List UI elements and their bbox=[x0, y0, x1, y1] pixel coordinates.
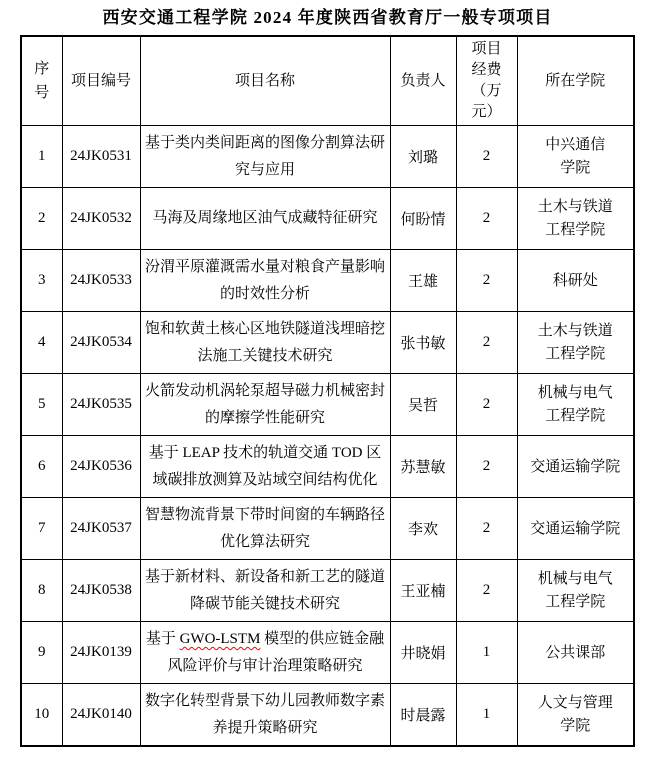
cell-project-name: 饱和软黄土核心区地铁隧道浅埋暗挖法施工关键技术研究 bbox=[140, 312, 390, 374]
cell-leader: 苏慧敏 bbox=[390, 436, 456, 498]
cell-project-name: 基于 LEAP 技术的轨道交通 TOD 区域碳排放测算及站域空间结构优化 bbox=[140, 436, 390, 498]
cell-project-code: 24JK0537 bbox=[62, 498, 140, 560]
cell-leader: 时晨露 bbox=[390, 684, 456, 747]
table-row: 2 24JK0532 马海及周缘地区油气成藏特征研究 何盼情 2 土木与铁道 工… bbox=[21, 188, 634, 250]
cell-college: 土木与铁道 工程学院 bbox=[517, 312, 634, 374]
cell-project-code: 24JK0531 bbox=[62, 126, 140, 188]
header-fund-label: 项目经费（万元） bbox=[471, 39, 503, 123]
cell-serial-number: 9 bbox=[21, 622, 62, 684]
cell-project-name: 汾渭平原灌溉需水量对粮食产量影响的时效性分析 bbox=[140, 250, 390, 312]
cell-project-code: 24JK0535 bbox=[62, 374, 140, 436]
header-project-code: 项目编号 bbox=[62, 36, 140, 126]
table-row: 3 24JK0533 汾渭平原灌溉需水量对粮食产量影响的时效性分析 王雄 2 科… bbox=[21, 250, 634, 312]
cell-fund: 2 bbox=[456, 498, 517, 560]
cell-college: 交通运输学院 bbox=[517, 436, 634, 498]
header-row: 序号 项目编号 项目名称 负责人 项目经费（万元） 所在学院 bbox=[21, 36, 634, 126]
cell-project-code: 24JK0139 bbox=[62, 622, 140, 684]
table-body: 1 24JK0531 基于类内类间距离的图像分割算法研究与应用 刘璐 2 中兴通… bbox=[21, 126, 634, 747]
cell-college: 机械与电气 工程学院 bbox=[517, 374, 634, 436]
cell-project-code: 24JK0538 bbox=[62, 560, 140, 622]
header-leader: 负责人 bbox=[390, 36, 456, 126]
table-row: 4 24JK0534 饱和软黄土核心区地铁隧道浅埋暗挖法施工关键技术研究 张书敏… bbox=[21, 312, 634, 374]
table-row: 6 24JK0536 基于 LEAP 技术的轨道交通 TOD 区域碳排放测算及站… bbox=[21, 436, 634, 498]
table-row: 5 24JK0535 火箭发动机涡轮泵超导磁力机械密封的摩擦学性能研究 吴哲 2… bbox=[21, 374, 634, 436]
cell-serial-number: 1 bbox=[21, 126, 62, 188]
cell-serial-number: 8 bbox=[21, 560, 62, 622]
cell-project-name: 火箭发动机涡轮泵超导磁力机械密封的摩擦学性能研究 bbox=[140, 374, 390, 436]
cell-college: 土木与铁道 工程学院 bbox=[517, 188, 634, 250]
header-serial-number: 序号 bbox=[21, 36, 62, 126]
cell-fund: 2 bbox=[456, 126, 517, 188]
cell-serial-number: 4 bbox=[21, 312, 62, 374]
cell-leader: 李欢 bbox=[390, 498, 456, 560]
cell-project-name: 基于类内类间距离的图像分割算法研究与应用 bbox=[140, 126, 390, 188]
cell-college: 公共课部 bbox=[517, 622, 634, 684]
cell-fund: 2 bbox=[456, 560, 517, 622]
table-row: 1 24JK0531 基于类内类间距离的图像分割算法研究与应用 刘璐 2 中兴通… bbox=[21, 126, 634, 188]
cell-serial-number: 7 bbox=[21, 498, 62, 560]
cell-project-code: 24JK0534 bbox=[62, 312, 140, 374]
cell-fund: 1 bbox=[456, 684, 517, 747]
cell-leader: 何盼情 bbox=[390, 188, 456, 250]
cell-project-name: 基于 GWO-LSTM 模型的供应链金融风险评价与审计治理策略研究 bbox=[140, 622, 390, 684]
header-project-name: 项目名称 bbox=[140, 36, 390, 126]
table-row: 9 24JK0139 基于 GWO-LSTM 模型的供应链金融风险评价与审计治理… bbox=[21, 622, 634, 684]
cell-college: 科研处 bbox=[517, 250, 634, 312]
cell-fund: 2 bbox=[456, 312, 517, 374]
cell-leader: 王亚楠 bbox=[390, 560, 456, 622]
cell-serial-number: 10 bbox=[21, 684, 62, 747]
cell-project-code: 24JK0140 bbox=[62, 684, 140, 747]
cell-leader: 吴哲 bbox=[390, 374, 456, 436]
page-title: 西安交通工程学院 2024 年度陕西省教育厅一般专项项目 bbox=[0, 0, 655, 35]
cell-college: 中兴通信 学院 bbox=[517, 126, 634, 188]
cell-serial-number: 2 bbox=[21, 188, 62, 250]
cell-fund: 1 bbox=[456, 622, 517, 684]
cell-fund: 2 bbox=[456, 436, 517, 498]
cell-project-code: 24JK0536 bbox=[62, 436, 140, 498]
cell-leader: 井晓娟 bbox=[390, 622, 456, 684]
cell-college: 人文与管理 学院 bbox=[517, 684, 634, 747]
cell-leader: 王雄 bbox=[390, 250, 456, 312]
cell-college: 机械与电气 工程学院 bbox=[517, 560, 634, 622]
table-row: 10 24JK0140 数字化转型背景下幼儿园教师数字素养提升策略研究 时晨露 … bbox=[21, 684, 634, 747]
document-page: 西安交通工程学院 2024 年度陕西省教育厅一般专项项目 序号 项目编号 项目名… bbox=[0, 0, 655, 767]
cell-project-code: 24JK0532 bbox=[62, 188, 140, 250]
cell-college: 交通运输学院 bbox=[517, 498, 634, 560]
cell-fund: 2 bbox=[456, 250, 517, 312]
cell-fund: 2 bbox=[456, 188, 517, 250]
cell-serial-number: 6 bbox=[21, 436, 62, 498]
cell-serial-number: 5 bbox=[21, 374, 62, 436]
header-college: 所在学院 bbox=[517, 36, 634, 126]
cell-project-code: 24JK0533 bbox=[62, 250, 140, 312]
cell-project-name: 智慧物流背景下带时间窗的车辆路径优化算法研究 bbox=[140, 498, 390, 560]
cell-project-name: 基于新材料、新设备和新工艺的隧道降碳节能关键技术研究 bbox=[140, 560, 390, 622]
projects-table: 序号 项目编号 项目名称 负责人 项目经费（万元） 所在学院 1 24JK053… bbox=[20, 35, 635, 747]
cell-serial-number: 3 bbox=[21, 250, 62, 312]
cell-project-name: 数字化转型背景下幼儿园教师数字素养提升策略研究 bbox=[140, 684, 390, 747]
table-row: 8 24JK0538 基于新材料、新设备和新工艺的隧道降碳节能关键技术研究 王亚… bbox=[21, 560, 634, 622]
cell-leader: 刘璐 bbox=[390, 126, 456, 188]
cell-leader: 张书敏 bbox=[390, 312, 456, 374]
spellcheck-underline: GWO-LSTM bbox=[180, 631, 261, 647]
cell-fund: 2 bbox=[456, 374, 517, 436]
header-fund: 项目经费（万元） bbox=[456, 36, 517, 126]
header-serial-number-label: 序号 bbox=[34, 57, 50, 105]
cell-project-name: 马海及周缘地区油气成藏特征研究 bbox=[140, 188, 390, 250]
table-row: 7 24JK0537 智慧物流背景下带时间窗的车辆路径优化算法研究 李欢 2 交… bbox=[21, 498, 634, 560]
